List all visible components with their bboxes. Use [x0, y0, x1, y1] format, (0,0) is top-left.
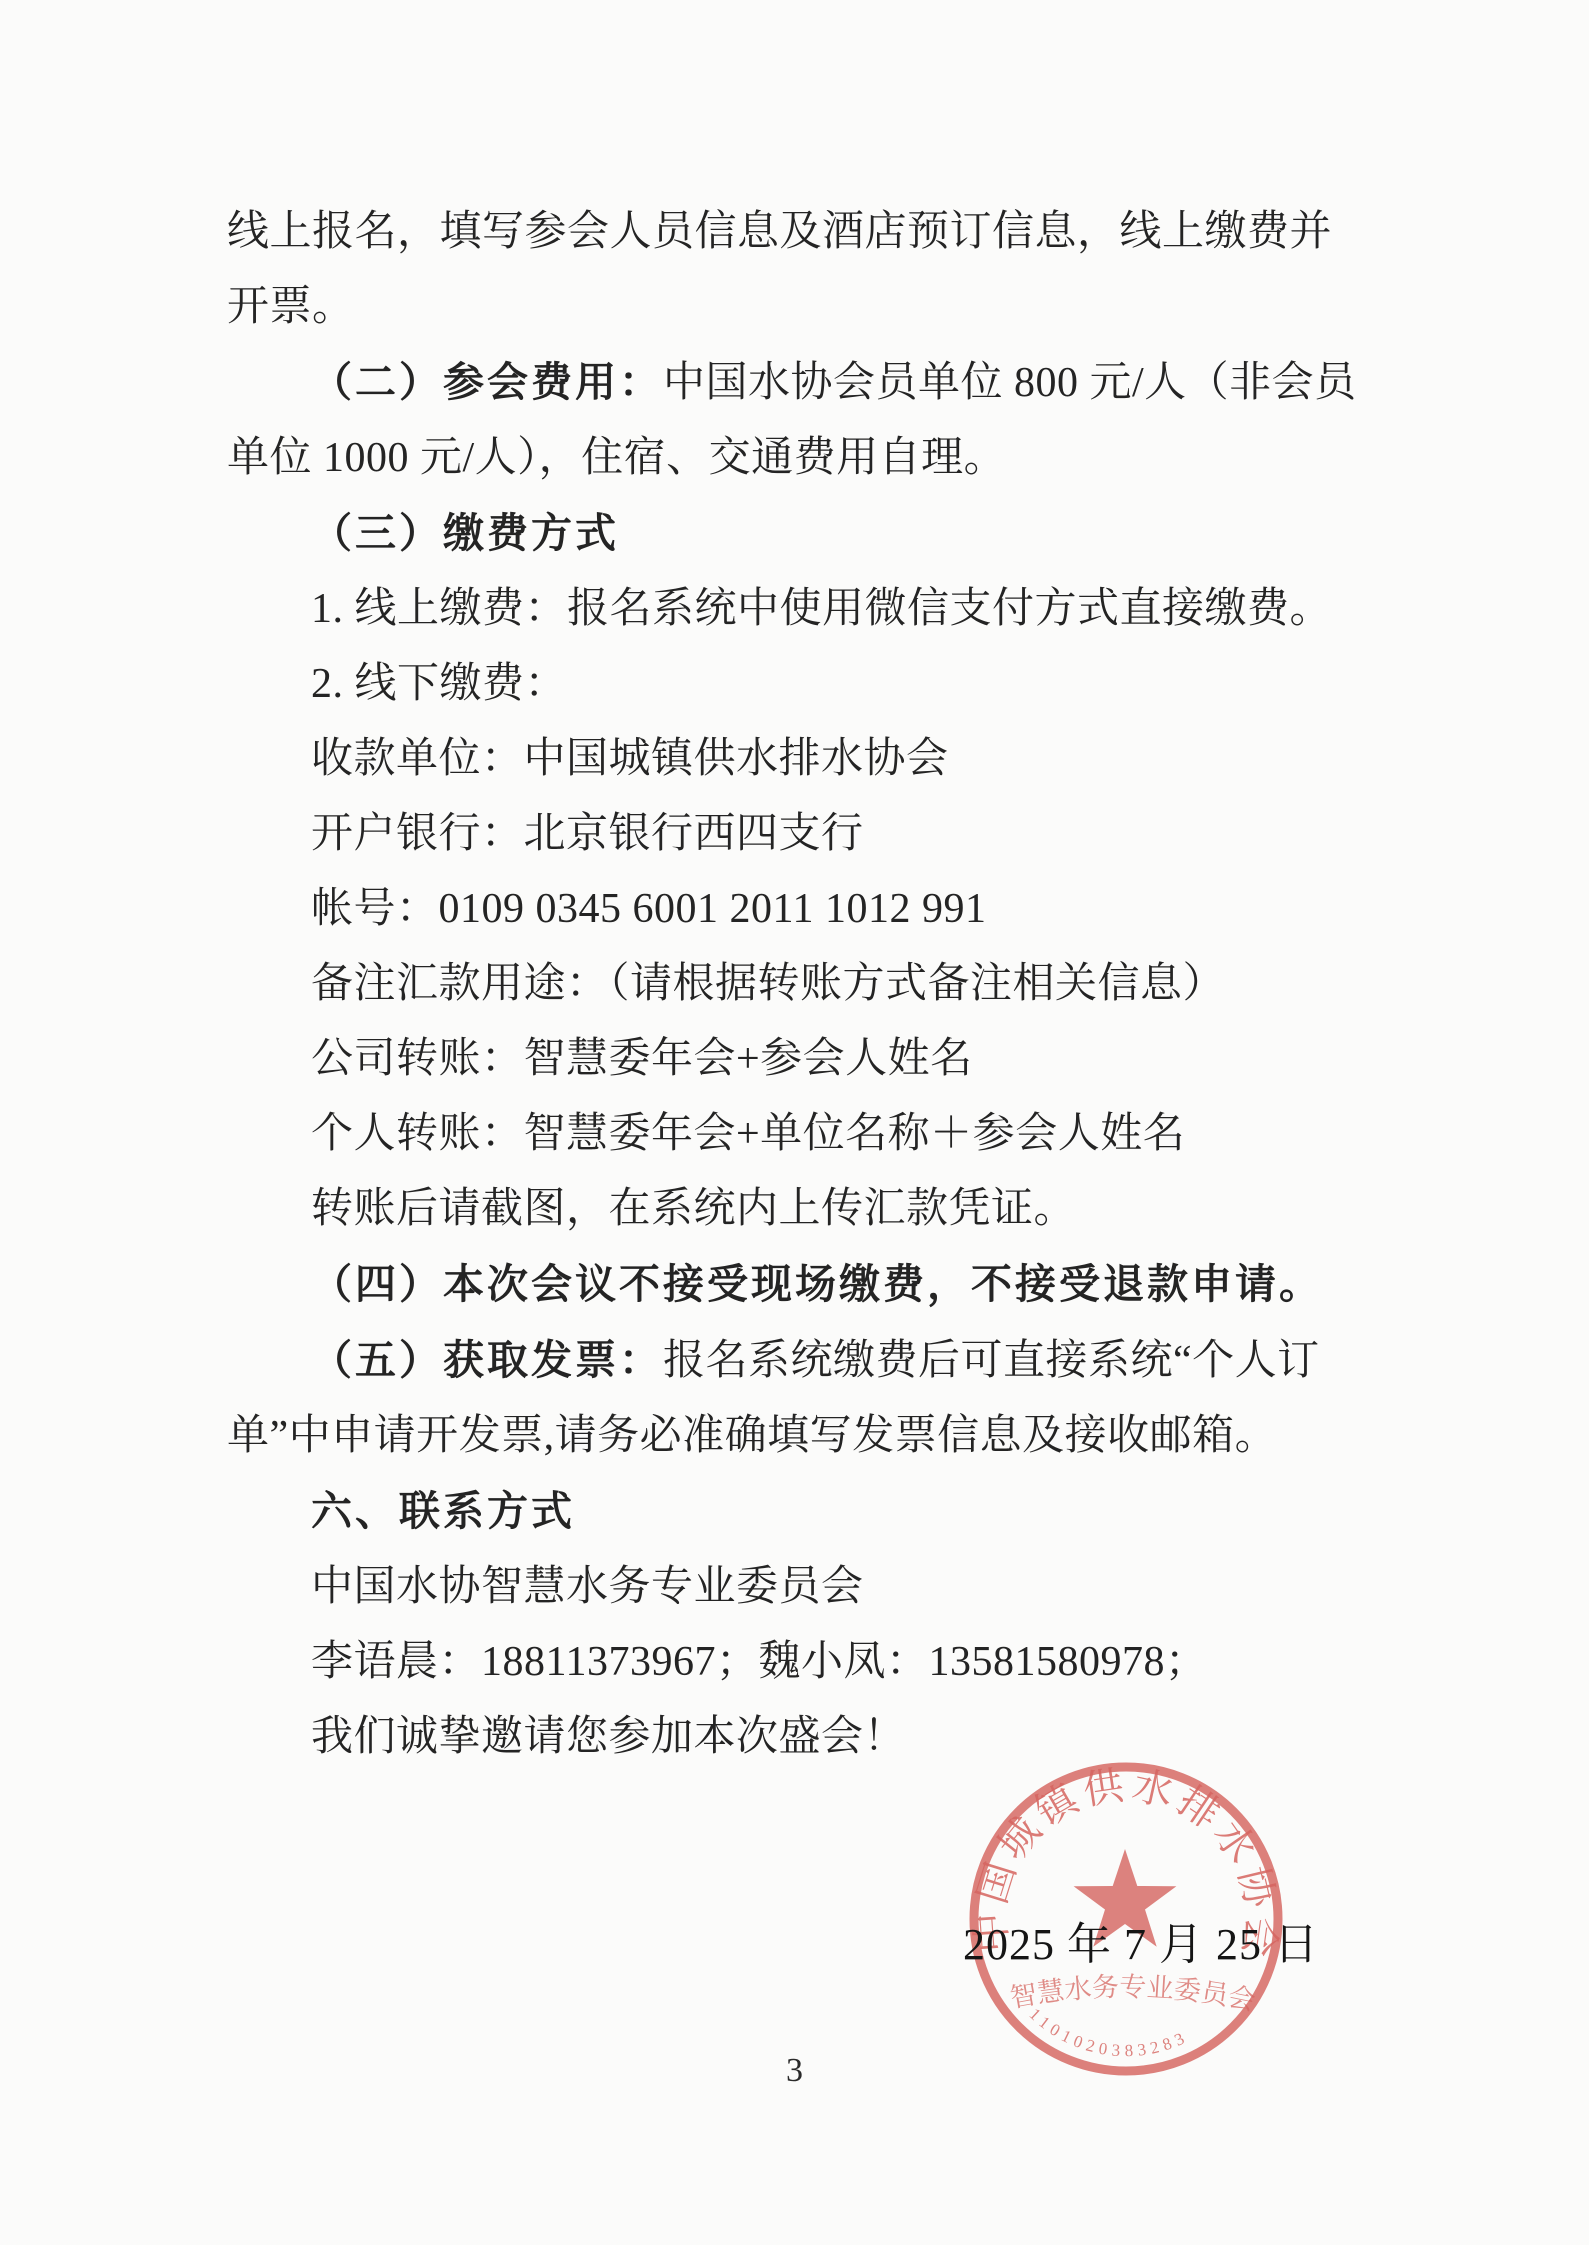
- body-text: 线上报名，填写参会人员信息及酒店预订信息，线上缴费并: [227, 209, 1332, 255]
- text-line: （二）参会费用：中国水协会员单位 800 元/人（非会员: [227, 345, 1342, 421]
- document-page: 线上报名，填写参会人员信息及酒店预订信息，线上缴费并开票。（二）参会费用：中国水…: [0, 0, 1589, 2245]
- text-line: 六、联系方式: [227, 1474, 1342, 1550]
- body-text: 单位 1000 元/人），住宿、交通费用自理。: [227, 435, 1006, 481]
- body-text: 1. 线上缴费：报名系统中使用微信支付方式直接缴费。: [311, 586, 1332, 632]
- body-text: 李语晨：18811373967；魏小凤：13581580978；: [311, 1639, 1207, 1685]
- body-text: 转账后请截图，在系统内上传汇款凭证。: [311, 1186, 1076, 1232]
- body-text: 报名系统缴费后可直接系统“个人订: [663, 1338, 1320, 1384]
- bold-text: （五）获取发票：: [311, 1337, 663, 1383]
- bold-text: （二）参会费用：: [311, 359, 663, 405]
- text-line: 帐号：0109 0345 6001 2011 1012 991: [227, 872, 1342, 947]
- text-line: 线上报名，填写参会人员信息及酒店预订信息，线上缴费并: [227, 195, 1342, 270]
- text-line: 中国水协智慧水务专业委员会: [227, 1550, 1342, 1625]
- bold-text: （三）缴费方式: [311, 510, 619, 556]
- text-line: 开票。: [227, 270, 1342, 345]
- text-line: 个人转账：智慧委年会+单位名称＋参会人姓名: [227, 1097, 1342, 1172]
- body-text: 帐号：0109 0345 6001 2011 1012 991: [311, 886, 986, 932]
- issue-date: 2025 年 7 月 25 日: [963, 1908, 1319, 1972]
- text-line: 开户银行：北京银行西四支行: [227, 797, 1342, 872]
- body-text: 开户银行：北京银行西四支行: [311, 811, 864, 857]
- text-line: 备注汇款用途：（请根据转账方式备注相关信息）: [227, 947, 1342, 1022]
- text-line: （三）缴费方式: [227, 496, 1342, 572]
- text-line: （五）获取发票：报名系统缴费后可直接系统“个人订: [227, 1323, 1342, 1399]
- body-text: 开票。: [227, 284, 355, 330]
- body-text: 中国水协智慧水务专业委员会: [311, 1564, 864, 1610]
- body-text: 个人转账：智慧委年会+单位名称＋参会人姓名: [311, 1111, 1185, 1157]
- body-text: 我们诚挚邀请您参加本次盛会！: [311, 1714, 906, 1760]
- text-line: 收款单位：中国城镇供水排水协会: [227, 722, 1342, 797]
- seal-committee-text: 智慧水务专业委员会: [1008, 1972, 1258, 2016]
- body-text: 2. 线下缴费：: [311, 661, 567, 707]
- text-line: 公司转账：智慧委年会+参会人姓名: [227, 1022, 1342, 1097]
- document-body: 线上报名，填写参会人员信息及酒店预订信息，线上缴费并开票。（二）参会费用：中国水…: [227, 195, 1342, 1775]
- body-text: 备注汇款用途：（请根据转账方式备注相关信息）: [311, 961, 1225, 1007]
- bold-text: 六、联系方式: [311, 1488, 575, 1534]
- text-line: 李语晨：18811373967；魏小凤：13581580978；: [227, 1625, 1342, 1700]
- bold-text: （四）本次会议不接受现场缴费，不接受退款申请。: [311, 1261, 1323, 1307]
- page-number: 3: [0, 2052, 1589, 2090]
- body-text: 中国水协会员单位 800 元/人（非会员: [663, 360, 1357, 406]
- body-text: 单”中申请开发票,请务必准确填写发票信息及接收邮箱。: [227, 1413, 1277, 1459]
- body-text: 收款单位：中国城镇供水排水协会: [311, 736, 949, 782]
- text-line: 单位 1000 元/人），住宿、交通费用自理。: [227, 421, 1342, 496]
- text-line: 转账后请截图，在系统内上传汇款凭证。: [227, 1172, 1342, 1247]
- text-line: 1. 线上缴费：报名系统中使用微信支付方式直接缴费。: [227, 572, 1342, 647]
- text-line: 单”中申请开发票,请务必准确填写发票信息及接收邮箱。: [227, 1399, 1342, 1474]
- text-line: 2. 线下缴费：: [227, 647, 1342, 722]
- text-line: （四）本次会议不接受现场缴费，不接受退款申请。: [227, 1247, 1342, 1323]
- body-text: 公司转账：智慧委年会+参会人姓名: [311, 1036, 973, 1082]
